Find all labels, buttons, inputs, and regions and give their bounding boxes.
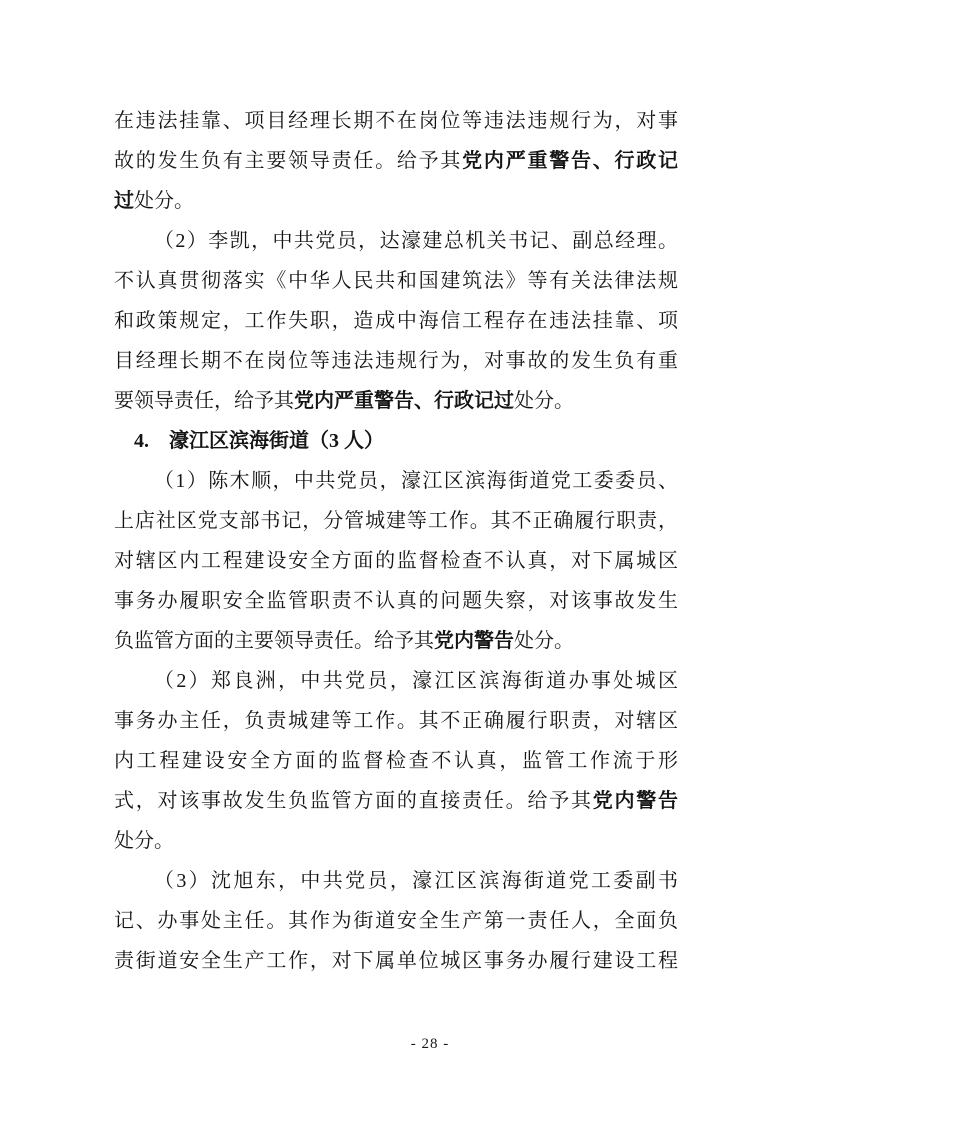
text-run: 式，对该事故发生负监管方面的直接责任。给予其 xyxy=(114,790,593,812)
text-line: 过处分。 xyxy=(114,181,678,221)
text-line: 和政策规定，工作失职，造成中海信工程存在违法挂靠、项 xyxy=(114,301,678,341)
bold-text-run: 过 xyxy=(114,190,134,212)
text-line: 要领导责任，给予其党内严重警告、行政记过处分。 xyxy=(114,381,678,421)
text-run: 处分。 xyxy=(134,190,194,212)
text-line: （2）郑良洲，中共党员，濠江区滨海街道办事处城区 xyxy=(114,661,678,701)
text-run: （2）李凯，中共党员，达濠建总机关书记、副总经理。 xyxy=(154,230,678,252)
text-line: 目经理长期不在岗位等违法违规行为，对事故的发生负有重 xyxy=(114,341,678,381)
text-run: 故的发生负有主要领导责任。给予其 xyxy=(114,150,462,172)
text-run: 上店社区党支部书记，分管城建等工作。其不正确履行职责， xyxy=(114,510,678,532)
text-run: 和政策规定，工作失职，造成中海信工程存在违法挂靠、项 xyxy=(114,310,678,332)
text-run: 责街道安全生产工作，对下属单位城区事务办履行建设工程 xyxy=(114,950,678,972)
text-line: 处分。 xyxy=(114,821,678,861)
text-line: 故的发生负有主要领导责任。给予其党内严重警告、行政记 xyxy=(114,141,678,181)
text-line: 不认真贯彻落实《中华人民共和国建筑法》等有关法律法规 xyxy=(114,261,678,301)
text-run: 不认真贯彻落实《中华人民共和国建筑法》等有关法律法规 xyxy=(114,270,678,292)
text-run: 记、办事处主任。其作为街道安全生产第一责任人，全面负 xyxy=(114,910,678,932)
text-line: 责街道安全生产工作，对下属单位城区事务办履行建设工程 xyxy=(114,941,678,981)
bold-text-run: 4. 濠江区滨海街道（3 人） xyxy=(134,430,384,452)
text-line: 记、办事处主任。其作为街道安全生产第一责任人，全面负 xyxy=(114,901,678,941)
document-page: 在违法挂靠、项目经理长期不在岗位等违法违规行为，对事故的发生负有主要领导责任。给… xyxy=(0,0,960,1122)
text-run: 处分。 xyxy=(514,390,574,412)
bold-text-run: 党内警告 xyxy=(593,790,678,812)
text-run: 负监管方面的主要领导责任。给予其 xyxy=(114,630,434,652)
text-line: 负监管方面的主要领导责任。给予其党内警告处分。 xyxy=(114,621,678,661)
text-line: 内工程建设安全方面的监督检查不认真，监管工作流于形 xyxy=(114,741,678,781)
text-line: 式，对该事故发生负监管方面的直接责任。给予其党内警告 xyxy=(114,781,678,821)
bold-text-run: 党内严重警告、行政记过 xyxy=(294,390,514,412)
text-run: （3）沈旭东，中共党员，濠江区滨海街道党工委副书 xyxy=(154,870,678,892)
text-line: （2）李凯，中共党员，达濠建总机关书记、副总经理。 xyxy=(114,221,678,261)
text-run: 在违法挂靠、项目经理长期不在岗位等违法违规行为，对事 xyxy=(114,110,678,132)
text-line: 对辖区内工程建设安全方面的监督检查不认真，对下属城区 xyxy=(114,541,678,581)
text-line: （1）陈木顺，中共党员，濠江区滨海街道党工委委员、 xyxy=(114,461,678,501)
text-line: 事务办主任，负责城建等工作。其不正确履行职责，对辖区 xyxy=(114,701,678,741)
bold-text-run: 党内警告 xyxy=(434,630,514,652)
text-run: （2）郑良洲，中共党员，濠江区滨海街道办事处城区 xyxy=(154,670,678,692)
text-run: 事务办履职安全监管职责不认真的问题失察，对该事故发生 xyxy=(114,590,678,612)
text-run: 内工程建设安全方面的监督检查不认真，监管工作流于形 xyxy=(114,750,678,772)
text-line: （3）沈旭东，中共党员，濠江区滨海街道党工委副书 xyxy=(114,861,678,901)
text-line: 事务办履职安全监管职责不认真的问题失察，对该事故发生 xyxy=(114,581,678,621)
text-run: 处分。 xyxy=(114,830,174,852)
text-run: 对辖区内工程建设安全方面的监督检查不认真，对下属城区 xyxy=(114,550,678,572)
text-run: 要领导责任，给予其 xyxy=(114,390,294,412)
text-line: 上店社区党支部书记，分管城建等工作。其不正确履行职责， xyxy=(114,501,678,541)
text-run: 目经理长期不在岗位等违法违规行为，对事故的发生负有重 xyxy=(114,350,678,372)
document-viewer: { "document": { "background": "#ffffff",… xyxy=(0,0,960,1122)
text-run: （1）陈木顺，中共党员，濠江区滨海街道党工委委员、 xyxy=(154,470,678,492)
text-run: 处分。 xyxy=(514,630,574,652)
text-line: 4. 濠江区滨海街道（3 人） xyxy=(114,421,678,461)
page-number: - 28 - xyxy=(0,1036,860,1053)
text-line: 在违法挂靠、项目经理长期不在岗位等违法违规行为，对事 xyxy=(114,101,678,141)
text-run: 事务办主任，负责城建等工作。其不正确履行职责，对辖区 xyxy=(114,710,678,732)
document-body: 在违法挂靠、项目经理长期不在岗位等违法违规行为，对事故的发生负有主要领导责任。给… xyxy=(114,101,678,981)
bold-text-run: 党内严重警告、行政记 xyxy=(462,150,678,172)
